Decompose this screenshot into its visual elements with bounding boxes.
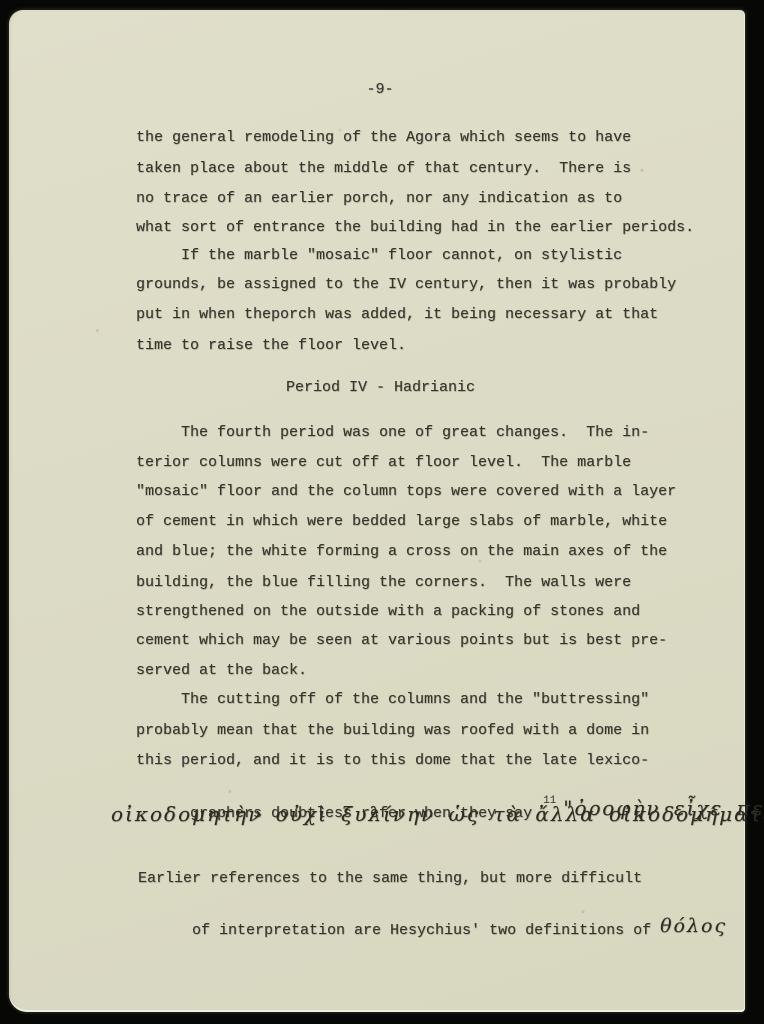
typed-line: served at the back. <box>136 662 307 680</box>
typed-line: strengthened on the outside with a packi… <box>136 603 640 621</box>
section-heading: Period IV - Hadrianic <box>286 379 475 397</box>
typed-line: "mosaic" floor and the column tops were … <box>136 483 676 501</box>
handwritten-greek-line: οἰκοδομητὴν οὐχὶ ξυλίνην ὡς τὰ ἄλλα οἰκο… <box>111 802 764 826</box>
typed-line: no trace of an earlier porch, nor any in… <box>136 190 622 208</box>
typed-line: put in when theporch was added, it being… <box>136 306 658 324</box>
typed-line: this period, and it is to this dome that… <box>136 752 649 770</box>
document-page: -9- the general remodeling of the Agora … <box>9 10 745 1012</box>
typed-line: terior columns were cut off at floor lev… <box>136 454 631 472</box>
scan-background: -9- the general remodeling of the Agora … <box>0 0 764 1024</box>
typed-line: grounds, be assigned to the IV century, … <box>136 276 676 294</box>
typed-line: building, the blue filling the corners. … <box>136 574 631 592</box>
typed-line: probably mean that the building was roof… <box>136 722 649 740</box>
typed-line: the general remodeling of the Agora whic… <box>136 129 631 147</box>
typed-line: time to raise the floor level. <box>136 337 406 355</box>
typed-line: The fourth period was one of great chang… <box>181 424 649 442</box>
typed-line-with-greek: of interpretation are Hesychius' two def… <box>138 899 727 958</box>
typed-line: taken place about the middle of that cen… <box>136 160 631 178</box>
typed-line: of cement in which were bedded large sla… <box>136 513 667 531</box>
page-number: -9- <box>9 81 745 99</box>
typed-line: If the marble "mosaic" floor cannot, on … <box>181 247 622 265</box>
typed-line: and blue; the white forming a cross on t… <box>136 543 667 561</box>
typed-text: of interpretation are Hesychius' two def… <box>192 922 660 939</box>
typed-line: The cutting off of the columns and the "… <box>181 691 649 709</box>
typed-line: cement which may be seen at various poin… <box>136 632 667 650</box>
typed-line: Earlier references to the same thing, bu… <box>138 870 642 888</box>
typed-line: what sort of entrance the building had i… <box>136 219 694 237</box>
handwritten-greek-tholos: θόλος <box>660 915 727 937</box>
